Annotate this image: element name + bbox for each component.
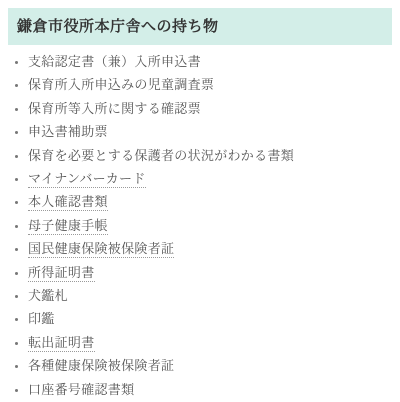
- list-item: マイナンバーカード: [28, 167, 392, 190]
- belonging-label: 犬鑑札: [28, 288, 68, 303]
- list-item: 各種健康保険被保険者証: [28, 354, 392, 377]
- list-item: 所得証明書: [28, 261, 392, 284]
- page: 鎌倉市役所本庁舎への持ち物 支給認定書（兼）入所申込書保育所入所申込みの児童調査…: [0, 0, 400, 402]
- belonging-term-link[interactable]: 国民健康保険被保険者証: [28, 241, 174, 258]
- belonging-term-link[interactable]: マイナンバーカード: [28, 171, 146, 188]
- belonging-term-link[interactable]: 転出証明書: [28, 335, 95, 352]
- belonging-term-link[interactable]: 母子健康手帳: [28, 218, 108, 235]
- belonging-label: 申込書補助票: [28, 124, 108, 139]
- belonging-term-link[interactable]: 本人確認書類: [28, 194, 108, 211]
- header-box: 鎌倉市役所本庁舎への持ち物: [8, 8, 392, 45]
- belonging-label: 各種健康保険被保険者証: [28, 358, 174, 373]
- list-item: 保育所入所申込みの児童調査票: [28, 73, 392, 96]
- belonging-label: 支給認定書（兼）入所申込書: [28, 54, 201, 69]
- list-item: 転出証明書: [28, 331, 392, 354]
- belonging-label: 保育所等入所に関する確認票: [28, 101, 201, 116]
- list-item: 保育を必要とする保護者の状況がわかる書類: [28, 144, 392, 167]
- list-item: 犬鑑札: [28, 284, 392, 307]
- list-item: 保育所等入所に関する確認票: [28, 97, 392, 120]
- page-title: 鎌倉市役所本庁舎への持ち物: [17, 18, 219, 35]
- belongings-list: 支給認定書（兼）入所申込書保育所入所申込みの児童調査票保育所等入所に関する確認票…: [8, 50, 392, 401]
- belonging-term-link[interactable]: 所得証明書: [28, 265, 95, 282]
- list-item: 本人確認書類: [28, 190, 392, 213]
- belonging-label: 保育を必要とする保護者の状況がわかる書類: [28, 148, 294, 163]
- list-item: 口座番号確認書類: [28, 378, 392, 401]
- list-item: 国民健康保険被保険者証: [28, 237, 392, 260]
- belonging-label: 印鑑: [28, 311, 55, 326]
- list-item: 母子健康手帳: [28, 214, 392, 237]
- belonging-label: 保育所入所申込みの児童調査票: [28, 77, 214, 92]
- list-item: 印鑑: [28, 307, 392, 330]
- list-item: 支給認定書（兼）入所申込書: [28, 50, 392, 73]
- list-item: 申込書補助票: [28, 120, 392, 143]
- belonging-label: 口座番号確認書類: [28, 382, 134, 397]
